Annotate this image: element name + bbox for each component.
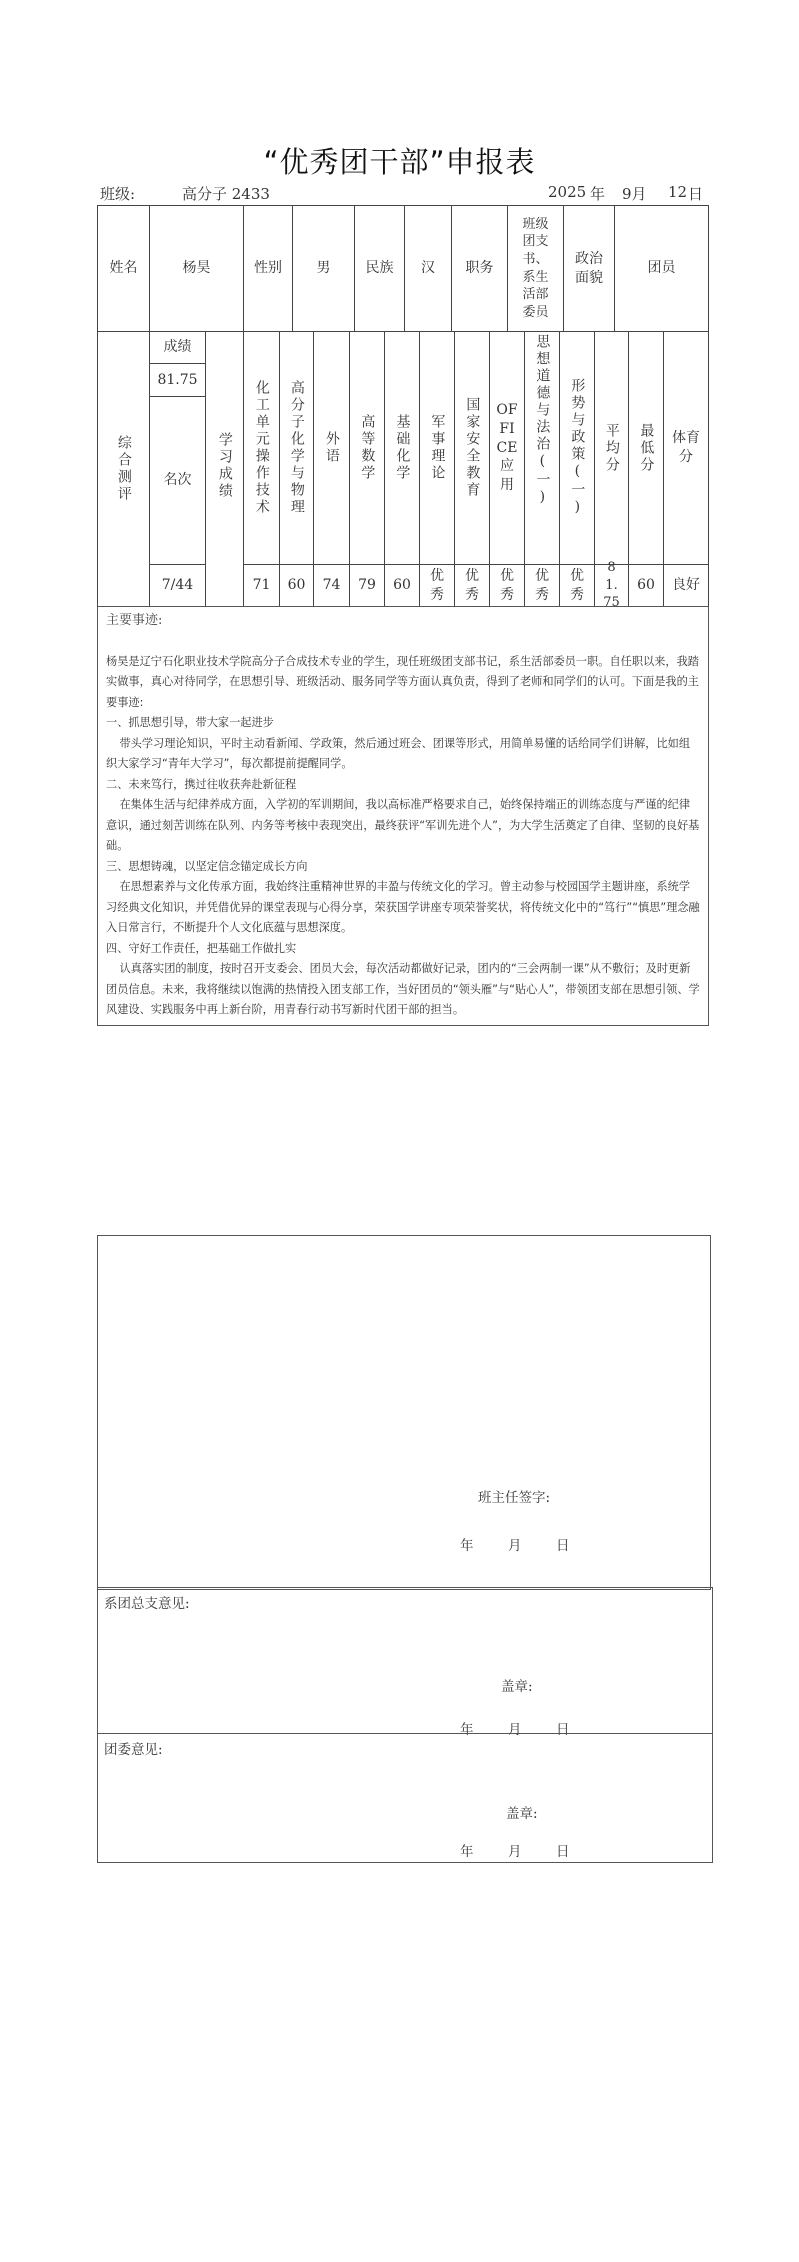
dept-opinion-label: 系团总支意见:: [104, 1592, 190, 1612]
committee-year-unit: 年: [460, 1840, 474, 1860]
achievements-label: 主要事迹:: [106, 611, 700, 632]
story-paragraph: 在思想素养与文化传承方面，我始终注重精神世界的丰盈与传统文化的学习。曾主动参与校…: [106, 877, 700, 939]
subject-header: 化工单元操作技术: [243, 331, 280, 565]
subject-score: 优秀: [419, 564, 455, 607]
teacher-sign-label: 班主任签字:: [478, 1486, 550, 1506]
committee-month-unit: 月: [508, 1840, 522, 1860]
story-paragraph: 带头学习理论知识，平时主动看新闻、学政策，然后通过班会、团课等形式，用简单易懂的…: [106, 734, 700, 775]
rank-label: 名次: [149, 396, 206, 565]
subject-score: 60: [384, 564, 420, 607]
political-value: 团员: [614, 205, 709, 332]
teacher-year-unit: 年: [460, 1534, 474, 1554]
subject-header: 形势与政策(一): [559, 331, 595, 565]
date-day: 12: [668, 183, 687, 201]
teacher-day-unit: 日: [556, 1534, 570, 1554]
main-achievements: 主要事迹: 杨昊是辽宁石化职业技术学院高分子合成技术专业的学生，现任班级团支部书…: [97, 606, 709, 1026]
dept-opinion-box: 系团总支意见: 盖章: 年 月 日: [97, 1587, 713, 1734]
position-label: 职务: [451, 205, 508, 332]
story-heading: 一、抓思想引导，带大家一起进步: [106, 713, 700, 734]
subject-score: 60: [628, 564, 664, 607]
dept-seal-label: 盖章:: [501, 1675, 533, 1695]
subject-score: 71: [243, 564, 280, 607]
subject-score: 优秀: [454, 564, 490, 607]
committee-opinion-label: 团委意见:: [104, 1738, 163, 1758]
subject-score: 81.75: [594, 564, 629, 607]
political-label: 政治面貌: [563, 205, 615, 332]
story-paragraph: 认真落实团的制度，按时召开支委会、团员大会，每次活动都做好记录，团内的“三会两制…: [106, 959, 700, 1021]
class-label: 班级:: [100, 183, 135, 204]
score-label: 成绩: [149, 331, 206, 364]
subject-header: 军事理论: [419, 331, 455, 565]
name-value: 杨昊: [149, 205, 244, 332]
committee-seal-label: 盖章:: [506, 1802, 538, 1822]
subject-score: 优秀: [524, 564, 560, 607]
subject-header: 最低分: [628, 331, 664, 565]
subject-header: 国家安全教育: [454, 331, 490, 565]
subject-score: 良好: [663, 564, 709, 607]
subject-header: 思想道德与法治(一): [524, 331, 560, 565]
story-heading: 三、思想铸魂，以坚定信念锚定成长方向: [106, 857, 700, 878]
story-paragraph: 杨昊是辽宁石化职业技术学院高分子合成技术专业的学生，现任班级团支部书记，系生活部…: [106, 652, 700, 714]
subject-header: 基础化学: [384, 331, 420, 565]
evaluation-section-label: 综合测评: [97, 331, 150, 607]
year-unit: 年: [590, 183, 605, 204]
name-label: 姓名: [97, 205, 150, 332]
subject-header: 平均分: [594, 331, 629, 565]
committee-opinion-box: 团委意见: 盖章: 年 月 日: [97, 1733, 713, 1863]
subject-header: 体育分: [663, 331, 709, 565]
subject-score: 79: [349, 564, 385, 607]
academic-label: 学习成绩: [205, 331, 244, 607]
date-month: 9月: [622, 183, 647, 204]
committee-day-unit: 日: [556, 1840, 570, 1860]
day-unit: 日: [688, 183, 703, 204]
subject-header: 高等数学: [349, 331, 385, 565]
gender-value: 男: [292, 205, 355, 332]
score-value: 81.75: [149, 363, 206, 397]
subject-score: 优秀: [559, 564, 595, 607]
teacher-month-unit: 月: [508, 1534, 522, 1554]
subject-header: 高分子化学与物理: [279, 331, 314, 565]
ethnicity-value: 汉: [404, 205, 452, 332]
teacher-signature-box: 班主任签字: 年 月 日: [97, 1235, 711, 1590]
subject-header: OFFICE应用: [489, 331, 525, 565]
story-heading: 四、守好工作责任，把基础工作做扎实: [106, 939, 700, 960]
date-year: 2025: [548, 183, 586, 201]
story-paragraph: 在集体生活与纪律养成方面，入学初的军训期间，我以高标准严格要求自己，始终保持端正…: [106, 795, 700, 857]
class-value: 高分子 2433: [182, 183, 270, 204]
page-title: “优秀团干部”申报表: [0, 140, 799, 181]
gender-label: 性别: [243, 205, 293, 332]
position-value: 班级团支书、系生活部委员: [507, 205, 564, 332]
ethnicity-label: 民族: [354, 205, 405, 332]
subject-score: 优秀: [489, 564, 525, 607]
rank-value: 7/44: [149, 564, 206, 607]
subject-header: 外语: [313, 331, 350, 565]
subject-score: 60: [279, 564, 314, 607]
story-heading: 二、未来笃行，携过往收获奔赴新征程: [106, 775, 700, 796]
subject-score: 74: [313, 564, 350, 607]
